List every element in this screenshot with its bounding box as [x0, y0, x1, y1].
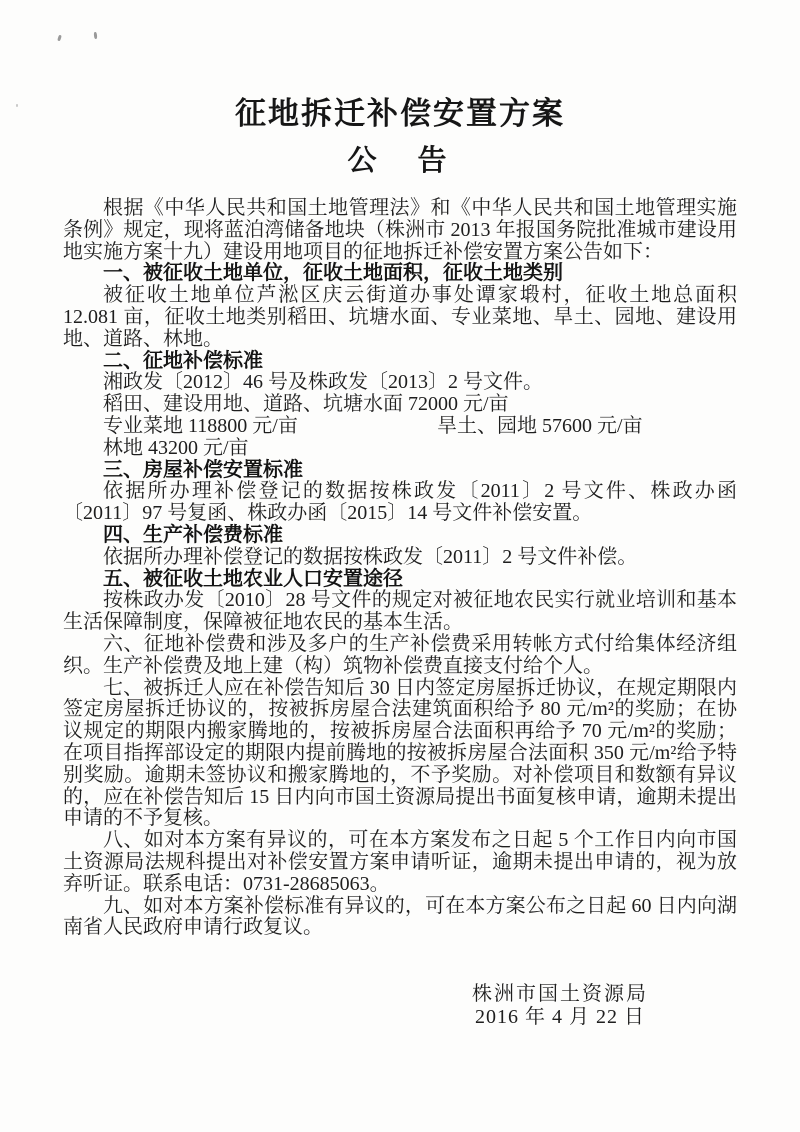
section-2-heading: 二、征地补偿标准	[63, 351, 737, 373]
issuing-authority: 株洲市国土资源局	[445, 983, 675, 1006]
section-5-paragraph: 按株政办发〔2010〕28 号文件的规定对被征地农民实行就业培训和基本生活保障制…	[63, 590, 737, 634]
price-line-two-col: 专业菜地 118800 元/亩旱土、园地 57600 元/亩	[63, 416, 737, 438]
scan-speck	[16, 104, 18, 107]
signature-block: 株洲市国土资源局 2016 年 4 月 22 日	[445, 983, 675, 1029]
price-dry-land: 旱土、园地 57600 元/亩	[437, 415, 643, 437]
document-title: 征地拆迁补偿安置方案	[63, 94, 737, 134]
section-4-heading: 四、生产补偿费标准	[63, 525, 737, 547]
notice-document-page: 征地拆迁补偿安置方案 公 告 根据《中华人民共和国土地管理法》和《中华人民共和国…	[0, 0, 800, 1132]
section-1-heading: 一、被征收土地单位，征收土地面积，征收土地类别	[63, 263, 737, 285]
item-9-paragraph: 九、如对本方案补偿标准有异议的，可在本方案公布之日起 60 日内向湖南省人民政府…	[63, 896, 737, 940]
section-2-doc-refs: 湘政发〔2012〕46 号及株政发〔2013〕2 号文件。	[63, 372, 737, 394]
item-6-paragraph: 六、征地补偿费和涉及多户的生产补偿费采用转帐方式付给集体经济组织。生产补偿费及地…	[63, 634, 737, 678]
document-body: 根据《中华人民共和国土地管理法》和《中华人民共和国土地管理实施条例》规定，现将蓝…	[63, 198, 737, 939]
price-line-paddy: 稻田、建设用地、道路、坑塘水面 72000 元/亩	[63, 394, 737, 416]
section-1-paragraph: 被征收土地单位芦淞区庆云街道办事处谭家塅村，征收土地总面积 12.081 亩，征…	[63, 285, 737, 350]
price-vegetable-plot: 专业菜地 118800 元/亩	[103, 416, 437, 438]
section-3-heading: 三、房屋补偿安置标准	[63, 460, 737, 482]
section-3-paragraph: 依据所办理补偿登记的数据按株政发〔2011〕2 号文件、株政办函〔2011〕97…	[63, 481, 737, 525]
intro-paragraph: 根据《中华人民共和国土地管理法》和《中华人民共和国土地管理实施条例》规定，现将蓝…	[63, 198, 737, 263]
issue-date: 2016 年 4 月 22 日	[445, 1006, 675, 1029]
price-line-forest: 林地 43200 元/亩	[63, 438, 737, 460]
item-7-paragraph: 七、被拆迁人应在补偿告知后 30 日内签定房屋拆迁协议，在规定期限内签定房屋拆迁…	[63, 678, 737, 831]
scan-speck	[57, 35, 62, 42]
section-5-heading: 五、被征收土地农业人口安置途径	[63, 569, 737, 591]
scan-speck	[94, 32, 98, 39]
item-8-paragraph: 八、如对本方案有异议的，可在本方案发布之日起 5 个工作日内向市国土资源局法规科…	[63, 830, 737, 895]
notice-heading: 公 告	[63, 142, 737, 180]
section-4-paragraph: 依据所办理补偿登记的数据按株政发〔2011〕2 号文件补偿。	[63, 547, 737, 569]
